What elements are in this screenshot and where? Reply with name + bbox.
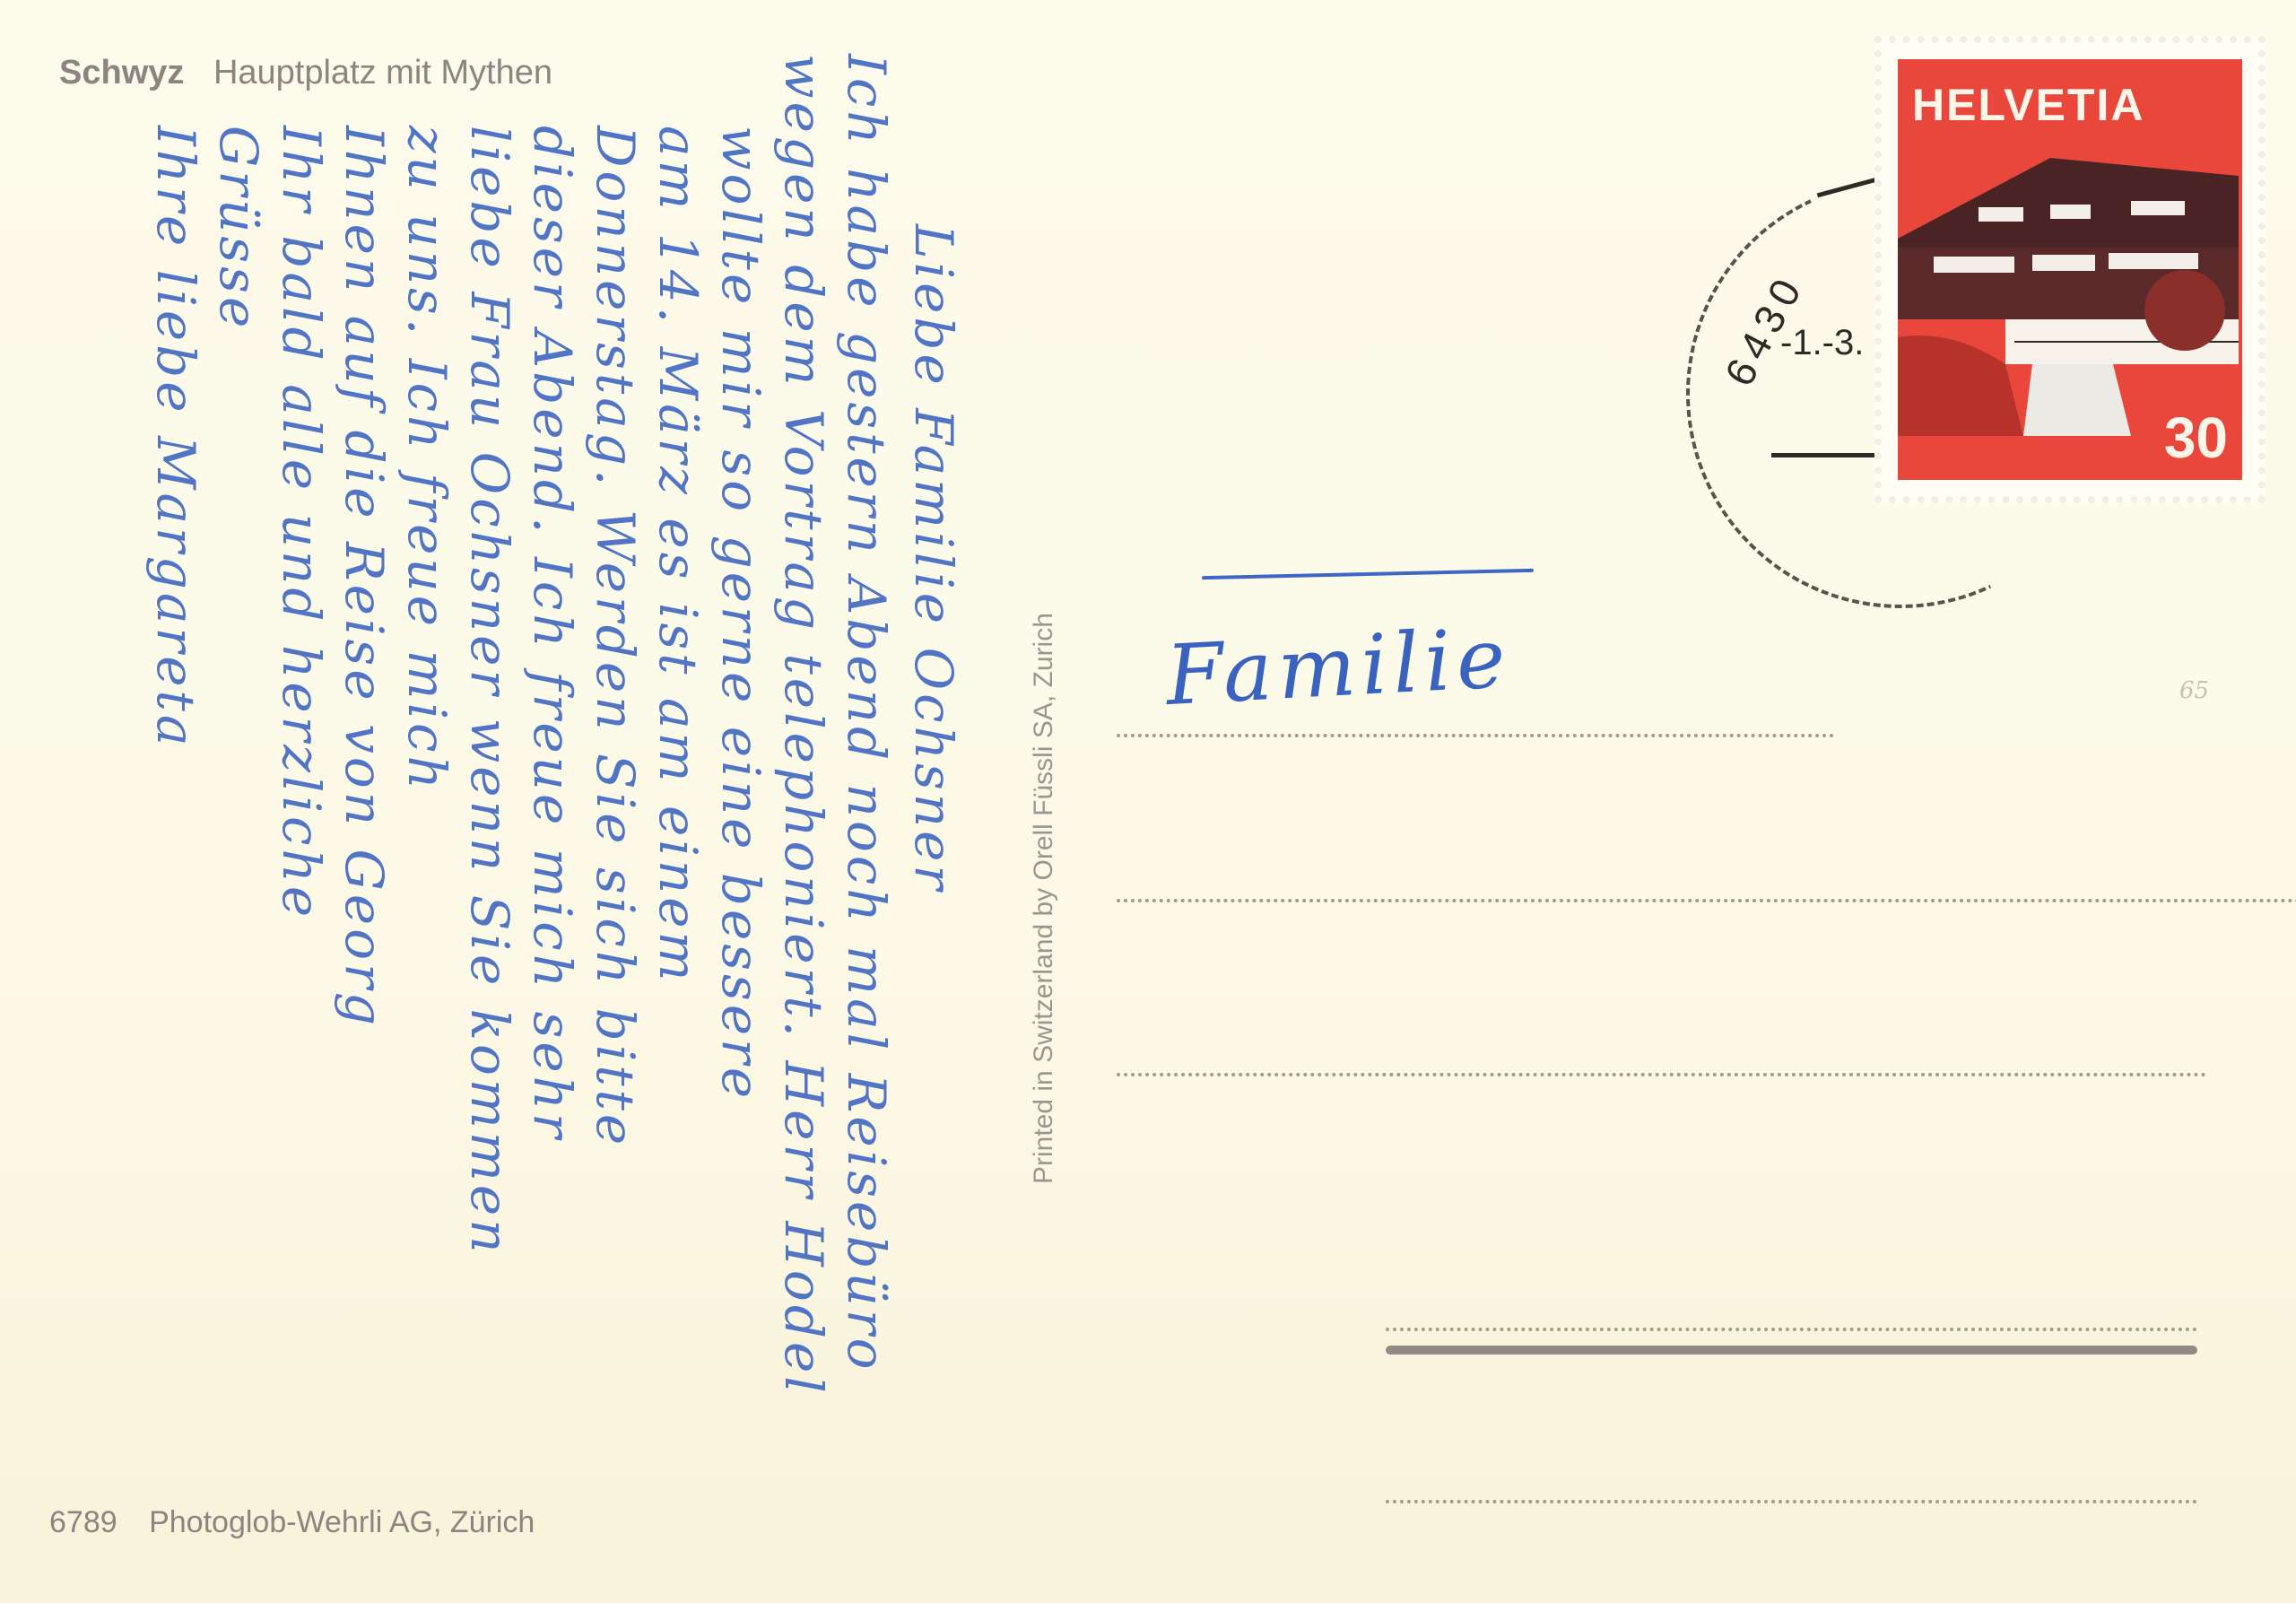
message-line: dieser Abend. Ich freue mich sehr — [522, 126, 583, 1142]
postmark-date: -1.-3. — [1780, 323, 1864, 363]
postcard-back: Schwyz Hauptplatz mit Mythen Liebe Famil… — [0, 0, 2296, 1603]
postage-stamp: HELVETIA 30 — [1874, 36, 2266, 503]
address-line-3 — [1117, 1073, 2206, 1076]
publisher-name: Photoglob-Wehrli AG, Zürich — [149, 1505, 535, 1539]
address-postcode-bar — [1386, 1346, 2197, 1355]
stamp-country: HELVETIA — [1912, 79, 2145, 131]
stamp-image: HELVETIA 30 — [1898, 59, 2242, 480]
message-line: wollte mir so gerne eine bessere — [710, 126, 771, 1102]
message-line: Ihr bald alle und herzliche — [271, 126, 332, 920]
stamp-value: 30 — [2164, 405, 2228, 471]
publisher-imprint: 6789 Photoglob-Wehrli AG, Zürich — [49, 1505, 535, 1540]
card-number: 6789 — [49, 1505, 117, 1539]
message-line: Ich habe gestern Abend noch mal Reisebür… — [836, 54, 897, 1373]
printer-credit: Printed in Switzerland by Orell Füssli S… — [1029, 613, 1059, 1184]
message-line: Donnerstag. Werden Sie sich bitte — [585, 126, 646, 1148]
message-line: Ihre liebe Margareta — [145, 126, 206, 749]
postmark-bar — [1771, 453, 1879, 457]
address-line-2 — [1117, 899, 2296, 902]
chalet-illustration-icon — [1898, 140, 2239, 436]
message-line: Grüsse — [208, 126, 269, 331]
address-underline-stroke — [1202, 569, 1534, 579]
address-line-4 — [1386, 1328, 2197, 1331]
address-recipient: Familie — [1163, 610, 1512, 724]
pencil-mark: 65 — [2179, 677, 2209, 704]
message-line: zu uns. Ich freue mich — [396, 126, 457, 793]
message-line: Liebe Familie Ochsner — [903, 224, 964, 893]
message-line: am 14. März es ist am einem — [648, 126, 709, 985]
address-line-5 — [1386, 1500, 2197, 1503]
address-line-1 — [1117, 734, 1834, 737]
message-line: wegen dem Vortrag telephoniert. Herr Hod… — [773, 54, 834, 1397]
message-line: Ihnen auf die Reise von Georg — [334, 126, 395, 1029]
message-line: liebe Frau Ochsner wenn Sie kommen — [459, 126, 520, 1257]
handwritten-message: Liebe Familie Ochsner Ich habe gestern A… — [0, 0, 1004, 1603]
